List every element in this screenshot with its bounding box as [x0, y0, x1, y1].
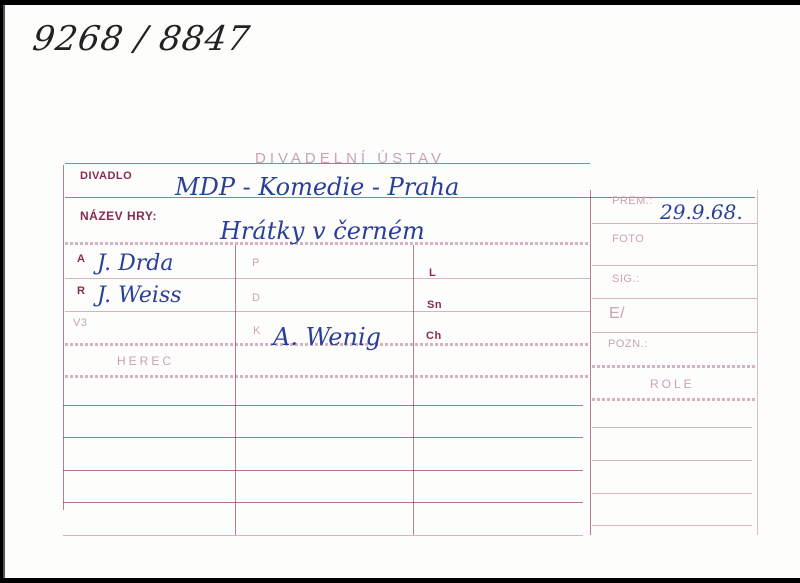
credit-a-value: J. Drda	[97, 251, 173, 276]
credit-k-label: K	[253, 325, 261, 337]
credit-r-value: J. Weiss	[97, 283, 182, 308]
credit-d-label: D	[252, 292, 260, 304]
table-row-rule-2	[63, 437, 583, 438]
credit-v-label: V3	[73, 317, 87, 329]
credit-sn-label: Sn	[427, 299, 442, 311]
credits-col-divider-2	[413, 245, 414, 535]
e-label: E/	[609, 305, 625, 323]
rule-role-top	[592, 365, 757, 368]
rule-sig	[592, 298, 757, 299]
stamp-header: DIVADELNÍ ÚSTAV	[255, 150, 445, 167]
table-row-rule-1	[63, 405, 583, 406]
table-row-rule-5	[63, 535, 583, 536]
sig-label: SIG.:	[612, 273, 640, 285]
rule-e	[592, 332, 757, 333]
archive-card: 9268 / 8847 DIVADELNÍ ÚSTAV DIVADLO MDP …	[3, 5, 800, 578]
rule-r	[65, 311, 590, 312]
credit-r-label: R	[77, 285, 85, 297]
divadlo-label: DIVADLO	[80, 170, 132, 182]
role-row-rule-1	[592, 427, 752, 428]
nazev-hry-value: Hrátky v černém	[220, 217, 425, 245]
credit-a-label: A	[77, 253, 85, 265]
rule-herec-bottom	[65, 375, 590, 378]
rule-foto	[592, 265, 757, 266]
table-row-rule-4	[63, 502, 583, 503]
herec-heading: HEREC	[117, 354, 174, 368]
role-row-rule-3	[592, 493, 752, 494]
divadlo-value: MDP - Komedie - Praha	[175, 173, 459, 201]
archive-number: 9268 / 8847	[30, 19, 253, 59]
credit-p-label: P	[252, 257, 260, 269]
rule-a	[65, 278, 590, 279]
credit-ch-label: Ch	[426, 330, 442, 342]
credits-col-divider-1	[235, 245, 236, 535]
foto-label: FOTO	[612, 233, 644, 245]
premiera-value: 29.9.68.	[660, 200, 743, 224]
card-left-border	[63, 165, 64, 510]
card-right-border	[757, 190, 758, 535]
role-heading: ROLE	[650, 377, 695, 391]
premiera-label: PREM.:	[612, 195, 653, 207]
role-row-rule-4	[592, 525, 752, 526]
rule-role-bottom	[592, 398, 757, 401]
rule-top	[65, 163, 590, 164]
nazev-hry-label: NÁZEV HRY:	[80, 209, 157, 223]
role-row-rule-2	[592, 460, 752, 461]
table-row-rule-3	[63, 470, 583, 471]
credit-l-label: L	[429, 267, 436, 279]
credit-k-value: A. Wenig	[273, 323, 381, 351]
pozn-label: POZN.:	[608, 338, 648, 350]
rule-prem	[592, 223, 757, 224]
right-column-border	[590, 190, 591, 535]
